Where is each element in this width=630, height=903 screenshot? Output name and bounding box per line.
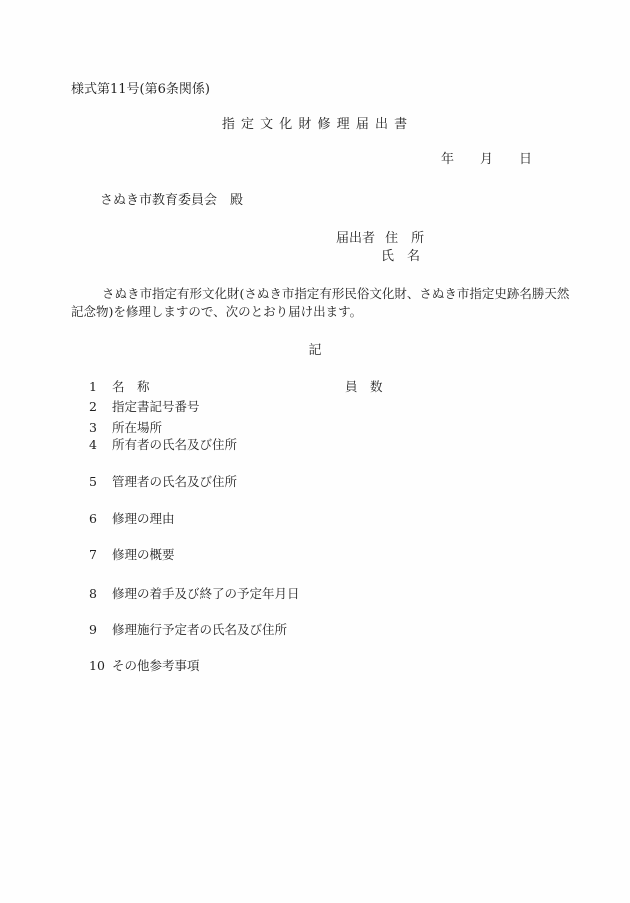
- item-number: 4: [89, 437, 112, 452]
- list-item-3: 3所在場所: [89, 420, 162, 435]
- list-item-8: 8修理の着手及び終了の予定年月日: [89, 586, 300, 601]
- declarant-name-label: 氏 名: [381, 249, 420, 265]
- list-item-7: 7修理の概要: [89, 547, 175, 562]
- item-label: その他参考事項: [112, 658, 200, 673]
- list-item-10: 10その他参考事項: [89, 658, 200, 673]
- item-label: 修理の着手及び終了の予定年月日: [112, 586, 300, 601]
- list-item-9: 9修理施行予定者の氏名及び住所: [89, 622, 287, 637]
- item-number: 7: [89, 547, 112, 562]
- item-label: 修理施行予定者の氏名及び住所: [112, 622, 287, 637]
- form-number: 様式第11号(第6条関係): [71, 82, 210, 98]
- item-number: 3: [89, 420, 112, 435]
- item-label: 名 称: [112, 379, 150, 394]
- item-label: 所在場所: [112, 420, 162, 435]
- declarant-address-label: 住 所: [385, 231, 424, 246]
- item-number: 10: [89, 658, 112, 673]
- list-item-5: 5管理者の氏名及び住所: [89, 474, 237, 489]
- item-number: 8: [89, 586, 112, 601]
- list-item-6: 6修理の理由: [89, 511, 175, 526]
- declarant-line: 届出者 住 所: [336, 231, 424, 247]
- body-text-line-1: さぬき市指定有形文化財(さぬき市指定有形民俗文化財、さぬき市指定史跡名勝天然: [102, 286, 569, 301]
- addressee: さぬき市教育委員会 殿: [100, 193, 243, 209]
- item-label: 指定書記号番号: [112, 399, 200, 414]
- item-label: 所有者の氏名及び住所: [112, 437, 237, 452]
- document-title: 指 定 文 化 財 修 理 届 出 書: [0, 117, 630, 133]
- item-label: 修理の概要: [112, 547, 175, 562]
- item-extra-label: 員 数: [345, 379, 383, 394]
- list-item-4: 4所有者の氏名及び住所: [89, 437, 237, 452]
- item-number: 5: [89, 474, 112, 489]
- list-item-1: 1名 称 員 数: [89, 379, 150, 394]
- date-line: 年 月 日: [441, 152, 532, 168]
- item-label: 修理の理由: [112, 511, 175, 526]
- item-number: 1: [89, 379, 112, 394]
- item-number: 9: [89, 622, 112, 637]
- body-text-line-2: 記念物)を修理しますので、次のとおり届け出ます。: [71, 304, 362, 319]
- item-number: 6: [89, 511, 112, 526]
- record-marker: 記: [0, 343, 630, 359]
- declarant-label: 届出者: [336, 231, 375, 246]
- document-page: 様式第11号(第6条関係) 指 定 文 化 財 修 理 届 出 書 年 月 日 …: [0, 0, 630, 903]
- item-number: 2: [89, 399, 112, 414]
- item-label: 管理者の氏名及び住所: [112, 474, 237, 489]
- list-item-2: 2指定書記号番号: [89, 399, 200, 414]
